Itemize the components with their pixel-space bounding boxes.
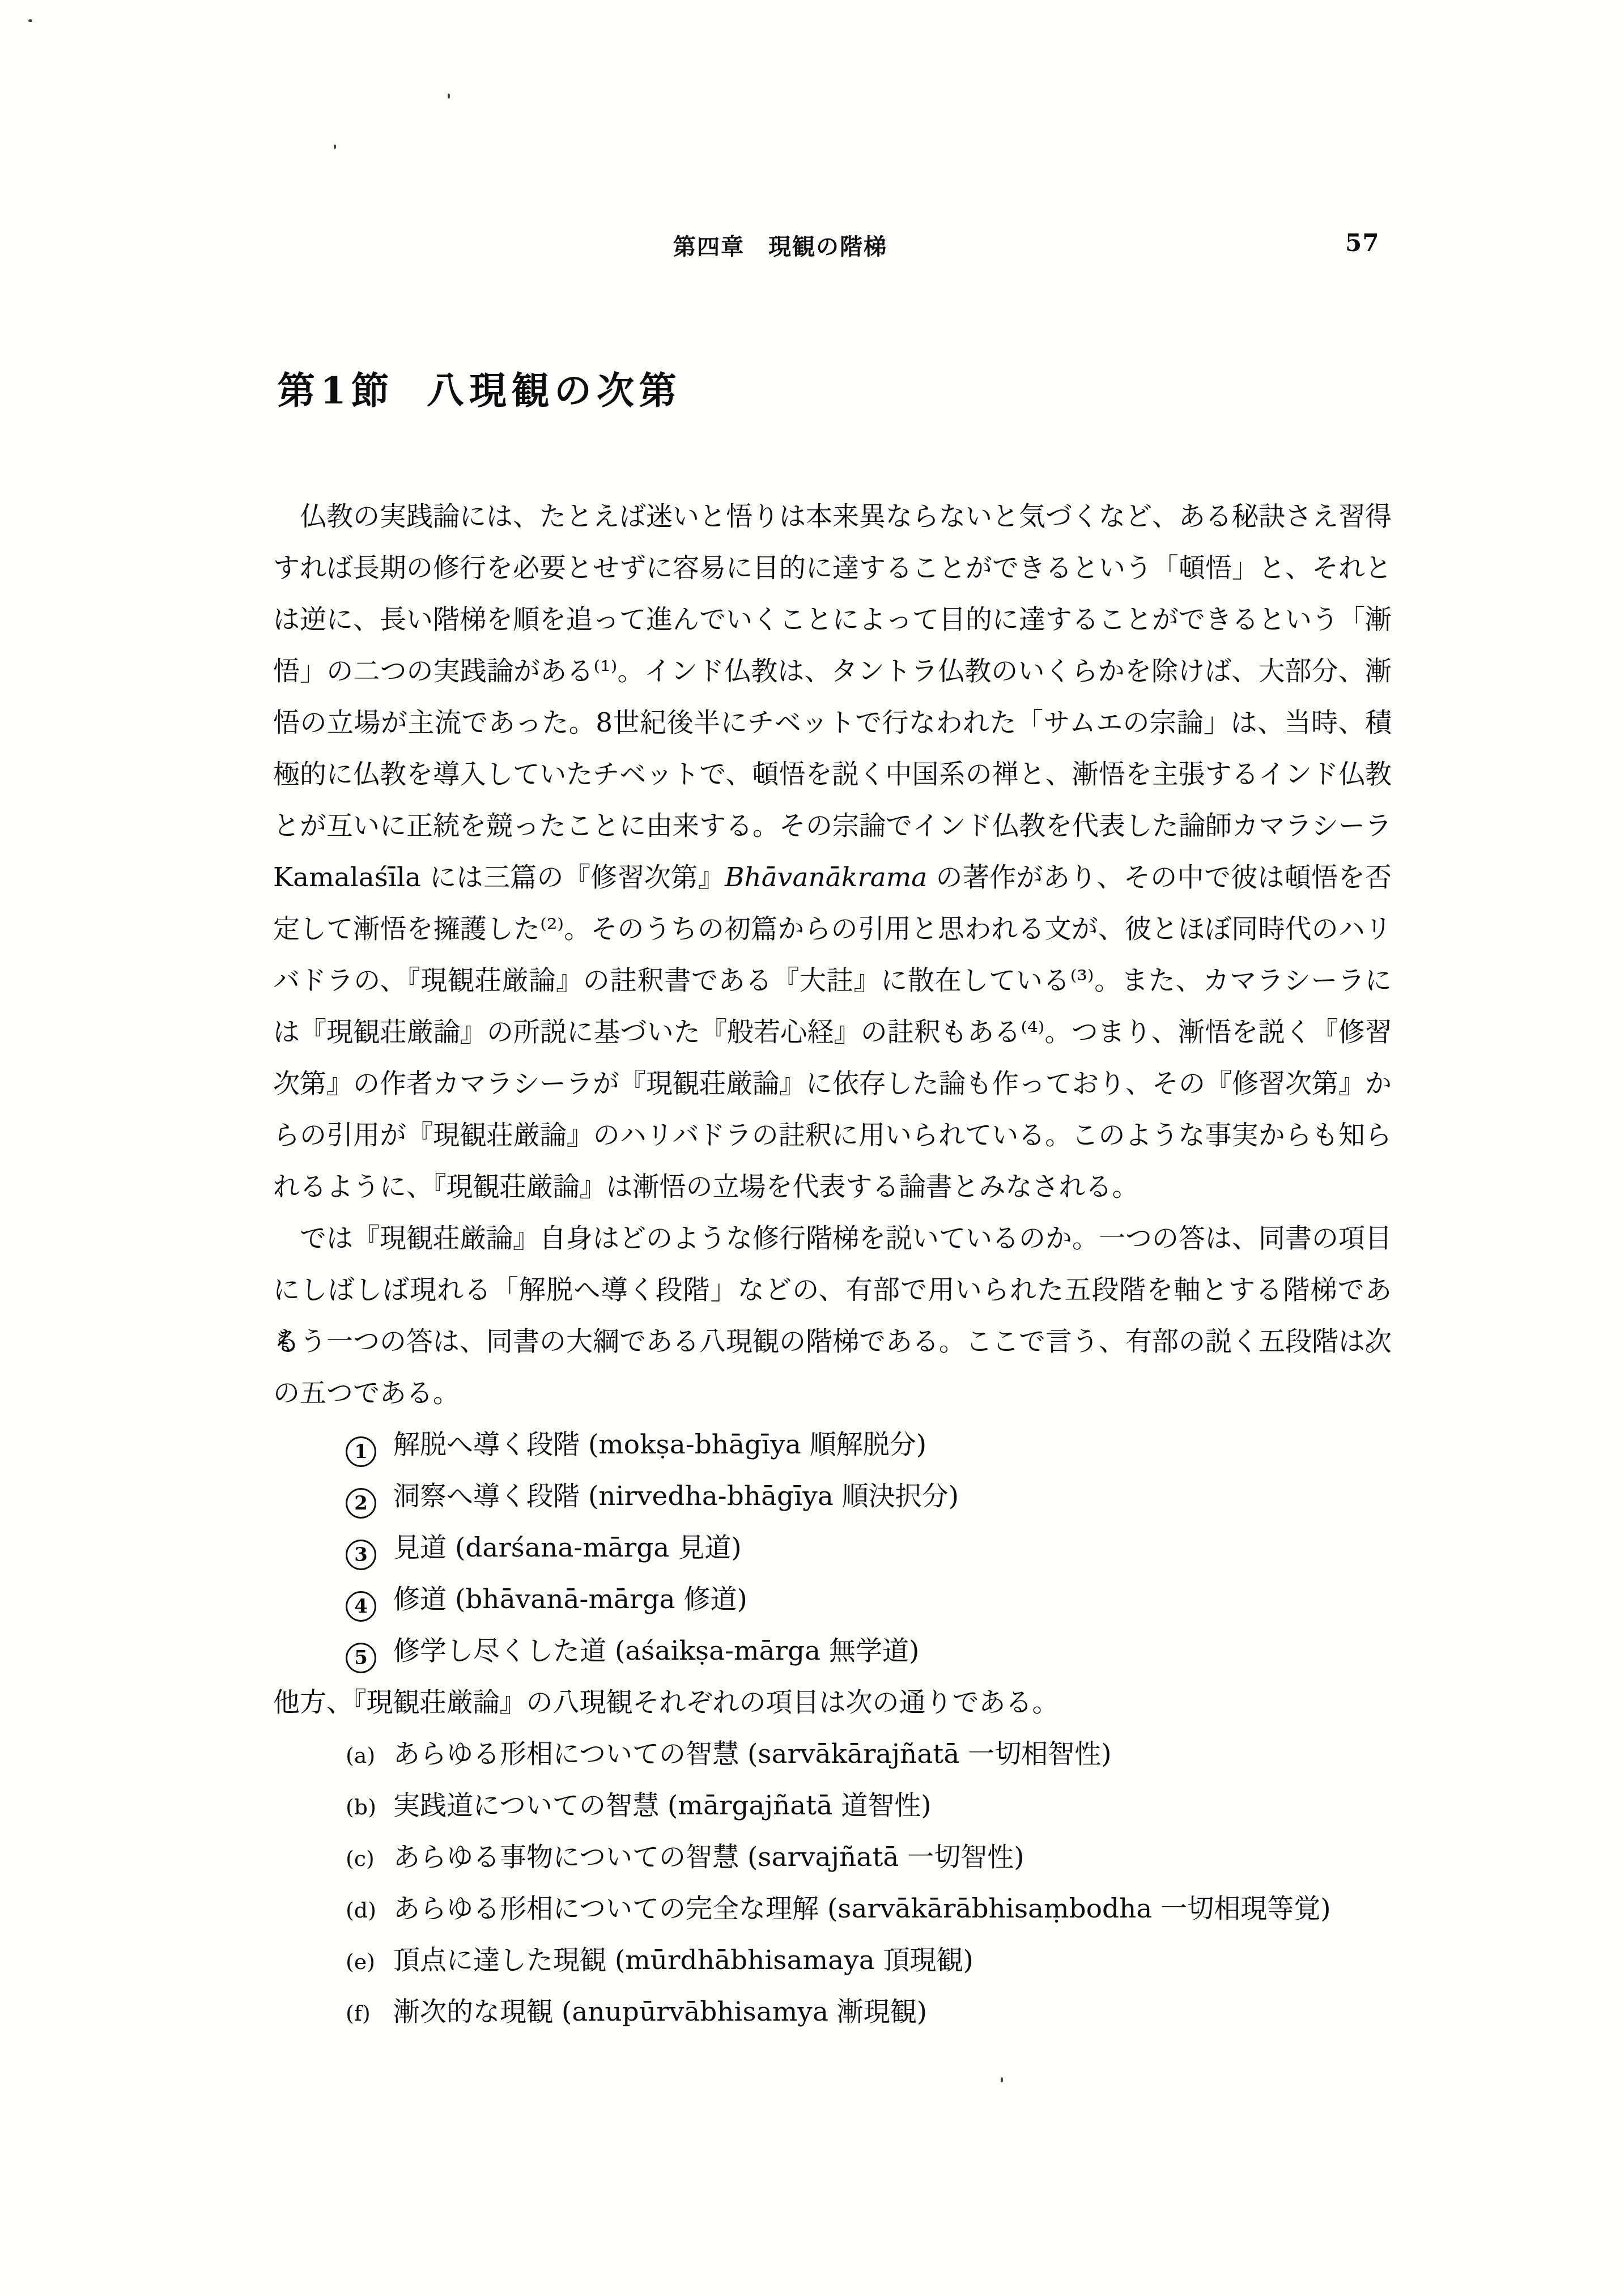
body-line: らの引用が『現観荘厳論』のハリバドラの註釈に用いられている。このような事実からも… bbox=[273, 1109, 1392, 1161]
list-item-text: 見道 (darśana-mārga 見道) bbox=[393, 1532, 742, 1563]
body-line: もう一つの答は、同書の大綱である八現観の階梯である。ここで言う、有部の説く五段階… bbox=[273, 1316, 1392, 1367]
body-text-segment: Kamalaśīla には三篇の『修習次第』 bbox=[273, 862, 725, 893]
scanned-book-page: 第四章 現観の階梯 57 第1節八現観の次第 仏教の実践論には、たとえば迷いと悟… bbox=[0, 0, 1624, 2296]
body-line: では『現観荘厳論』自身はどのような修行階梯を説いているのか。一つの答は、同書の項… bbox=[273, 1213, 1392, 1264]
list-item-text: 解脱へ導く段階 (mokṣa-bhāgīya 順解脱分) bbox=[393, 1429, 926, 1460]
scan-speck bbox=[28, 19, 32, 22]
body-text: 仏教の実践論には、たとえば迷いと悟りは本来異ならないと気づくなど、ある秘訣さえ習… bbox=[273, 491, 1392, 2038]
section-number: 第1節 bbox=[278, 368, 394, 413]
body-line: 悟」の二つの実践論がある⁽¹⁾。インド仏教は、タントラ仏教のいくらかを除けば、大… bbox=[273, 645, 1392, 697]
body-line: 定して漸悟を擁護した⁽²⁾。そのうちの初篇からの引用と思われる文が、彼とほぼ同時… bbox=[273, 903, 1392, 955]
list-item-text: あらゆる形相についての智慧 (sarvākārajñatā 一切相智性) bbox=[393, 1738, 1112, 1770]
eight-items-item: (b)実践道についての智慧 (mārgajñatā 道智性) bbox=[273, 1780, 1392, 1831]
body-line-with-sanskrit: Kamalaśīla には三篇の『修習次第』Bhāvanākrama の著作があ… bbox=[273, 852, 1392, 903]
letter-marker: (b) bbox=[346, 1781, 393, 1833]
scan-speck bbox=[1001, 2077, 1003, 2082]
list-item-text: 頂点に達した現観 (mūrdhābhisamaya 頂現観) bbox=[393, 1945, 973, 1976]
page-number: 57 bbox=[1345, 229, 1379, 257]
list-item-text: 修道 (bhāvanā-mārga 修道) bbox=[393, 1584, 747, 1615]
five-stages-item: 3見道 (darśana-mārga 見道) bbox=[273, 1522, 1392, 1574]
transition-line: 他方、『現観荘厳論』の八現観それぞれの項目は次の通りである。 bbox=[273, 1677, 1392, 1728]
body-line: にしばしば現れる「解脱へ導く段階」などの、有部で用いられた五段階を軸とする階梯で… bbox=[273, 1264, 1392, 1316]
list-item-text: 洞察へ導く段階 (nirvedha-bhāgīya 順決択分) bbox=[393, 1481, 959, 1512]
sanskrit-title: Bhāvanākrama bbox=[725, 862, 927, 893]
letter-marker: (a) bbox=[346, 1730, 393, 1781]
section-title-text: 八現観の次第 bbox=[427, 368, 682, 413]
body-line: は『現観荘厳論』の所説に基づいた『般若心経』の註釈もある⁽⁴⁾。つまり、漸悟を説… bbox=[273, 1006, 1392, 1058]
body-line: 仏教の実践論には、たとえば迷いと悟りは本来異ならないと気づくなど、ある秘訣さえ習… bbox=[273, 491, 1392, 542]
eight-items-item: (f)漸次的な現観 (anupūrvābhisamya 漸現観) bbox=[273, 1986, 1392, 2038]
body-line: は逆に、長い階梯を順を追って進んでいくことによって目的に達することができるという… bbox=[273, 594, 1392, 645]
body-line: 次第』の作者カマラシーラが『現観荘厳論』に依存した論も作っており、その『修習次第… bbox=[273, 1058, 1392, 1109]
scan-speck bbox=[334, 144, 336, 149]
circled-number-marker: 4 bbox=[346, 1591, 376, 1622]
body-line: すれば長期の修行を必要とせずに容易に目的に達することができるという「頓悟」と、そ… bbox=[273, 542, 1392, 594]
scan-speck bbox=[448, 93, 450, 99]
five-stages-item: 2洞察へ導く段階 (nirvedha-bhāgīya 順決択分) bbox=[273, 1470, 1392, 1522]
letter-marker: (c) bbox=[346, 1833, 393, 1885]
body-line: 悟の立場が主流であった。8世紀後半にチベットで行なわれた「サムエの宗論」は、当時… bbox=[273, 697, 1392, 749]
list-item-text: 修学し尽くした道 (aśaikṣa-mārga 無学道) bbox=[393, 1635, 919, 1666]
circled-number-marker: 2 bbox=[346, 1488, 376, 1519]
letter-marker: (d) bbox=[346, 1885, 393, 1936]
letter-marker: (e) bbox=[346, 1936, 393, 1988]
eight-items-item: (c)あらゆる事物についての智慧 (sarvajñatā 一切智性) bbox=[273, 1831, 1392, 1883]
letter-marker: (f) bbox=[346, 1988, 393, 2039]
chapter-heading: 第四章 現観の階梯 bbox=[673, 229, 887, 261]
list-item-text: あらゆる事物についての智慧 (sarvajñatā 一切智性) bbox=[393, 1842, 1024, 1873]
eight-items-item: (e)頂点に達した現観 (mūrdhābhisamaya 頂現観) bbox=[273, 1934, 1392, 1986]
body-line: れるように、『現観荘厳論』は漸悟の立場を代表する論書とみなされる。 bbox=[273, 1161, 1392, 1213]
body-line: バドラの、『現観荘厳論』の註釈書である『大註』に散在している⁽³⁾。また、カマラ… bbox=[273, 955, 1392, 1006]
body-line: 極的に仏教を導入していたチベットで、頓悟を説く中国系の禅と、漸悟を主張するインド… bbox=[273, 749, 1392, 800]
eight-items-item: (d)あらゆる形相についての完全な理解 (sarvākārābhisaṃbodh… bbox=[273, 1883, 1392, 1934]
section-title: 第1節八現観の次第 bbox=[278, 360, 682, 414]
circled-number-marker: 5 bbox=[346, 1643, 376, 1673]
five-stages-item: 4修道 (bhāvanā-mārga 修道) bbox=[273, 1574, 1392, 1625]
list-item-text: 漸次的な現観 (anupūrvābhisamya 漸現観) bbox=[393, 1996, 927, 2027]
body-line: の五つである。 bbox=[273, 1367, 1392, 1419]
circled-number-marker: 1 bbox=[346, 1436, 376, 1467]
running-head: 第四章 現観の階梯 57 bbox=[0, 229, 1624, 263]
five-stages-item: 5修学し尽くした道 (aśaikṣa-mārga 無学道) bbox=[273, 1625, 1392, 1677]
list-item-text: 実践道についての智慧 (mārgajñatā 道智性) bbox=[393, 1790, 932, 1821]
body-text-segment: の著作があり、その中で彼は頓悟を否 bbox=[927, 862, 1392, 893]
body-line: とが互いに正統を競ったことに由来する。その宗論でインド仏教を代表した論師カマラシ… bbox=[273, 800, 1392, 852]
eight-items-item: (a)あらゆる形相についての智慧 (sarvākārajñatā 一切相智性) bbox=[273, 1728, 1392, 1780]
list-item-text: あらゆる形相についての完全な理解 (sarvākārābhisaṃbodha 一… bbox=[393, 1893, 1331, 1924]
circled-number-marker: 3 bbox=[346, 1540, 376, 1570]
five-stages-item: 1解脱へ導く段階 (mokṣa-bhāgīya 順解脱分) bbox=[273, 1419, 1392, 1470]
